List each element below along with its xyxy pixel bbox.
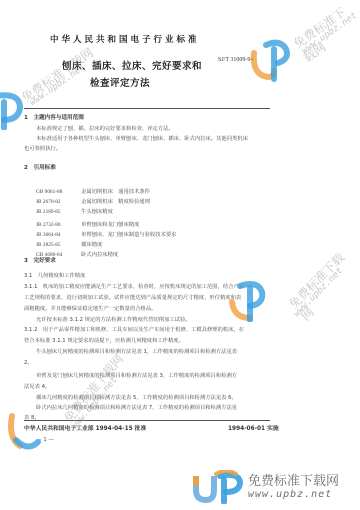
- slotter-tables-line: 插床几何精度的检测项目和检测方法见表 5，工作精度的检测项目和检测方法见表 6。: [36, 393, 237, 401]
- document-title-line2: 检查评定方法: [90, 75, 150, 89]
- section-3-1-1-line-4: 允许按本标准 3.1.2 规定的方法检测工作精度代替切削加工试验。: [36, 315, 191, 323]
- header-divider: [24, 108, 270, 109]
- section-1-heading: 1 主题内容与适用范围: [24, 113, 84, 121]
- section-3-1-1-line-3: 面粗糙度。并且能够保证稳定地生产一定数量的合格品。: [24, 304, 156, 312]
- brand-site-name: 免费标准下载网: [248, 470, 339, 489]
- section-1-para-2-cont: 也可参照执行。: [24, 144, 61, 152]
- up-logo-icon: [6, 412, 46, 456]
- up-logo-icon: [248, 35, 296, 83]
- brand-url: www.upbz.net: [248, 489, 332, 500]
- watermark-text: 免费标准下载网: [60, 351, 127, 426]
- watermark-text: 免费标准下载网: [18, 44, 97, 106]
- section-3-heading: 3 完好要求: [24, 256, 56, 264]
- planer-tables-line-1: 单臂及龙门刨床几何精度的检测项目和检测方法见表 3，工作精度的检测项目和检测方: [36, 371, 237, 379]
- section-3-1-1-line-1: 3.1.1 机床的加工精度应能满足生产工艺要求，检查时，应按机床规定的加工范围，…: [24, 282, 244, 290]
- section-1-para-2: 本标准适用于各种机型牛头刨床、单臂刨床、龙门刨床、插床、卧式内拉床。其他同类机床: [36, 134, 248, 142]
- up-logo-icon: [228, 278, 268, 322]
- section-3-1-heading: 3.1 几何精度和工作精度: [24, 271, 85, 279]
- shaper-tables-line-1: 牛头刨床几何精度的检测项目和检测方法见表 1，工作精度的检测项目和检测方法见表: [36, 347, 237, 355]
- section-1-para-1: 本标准规定了刨、插、拉床的完好要求和检查、评定方法。: [36, 124, 174, 132]
- section-3-1-1-line-2: 工艺规程的要求，进行切削加工试验。试件应能达到产品质量规定的尺寸精度、形位精度和…: [24, 293, 241, 301]
- up-logo-icon: [0, 90, 26, 130]
- issuing-organization: 中华人民共和国电子行业标准: [50, 33, 200, 45]
- section-3-1-2-line-1: 3.1.2 用于产品零件精加工和机修、工具车间以及生产车间用于机修、工模具修理的…: [24, 325, 244, 333]
- section-3-1-2-line-2: 符合本标准 3.1.1 规定要求的前提下，应检测几何精度和工作精度。: [24, 336, 184, 344]
- footer-divider: [24, 420, 270, 421]
- section-2-heading: 2 引用标准: [24, 163, 56, 171]
- shaper-tables-line-2: 2。: [24, 358, 33, 366]
- document-page: 中华人民共和国电子行业标准 刨床、插床、拉床、完好要求和 检查评定方法 SJ/T…: [0, 0, 360, 510]
- reference-title: 卧式内拉床精度: [81, 252, 118, 258]
- brand-logo-icon: [190, 470, 246, 504]
- planer-tables-line-2: 法见表 4。: [24, 382, 50, 390]
- effective-date: 1994-06-01 实施: [228, 423, 279, 432]
